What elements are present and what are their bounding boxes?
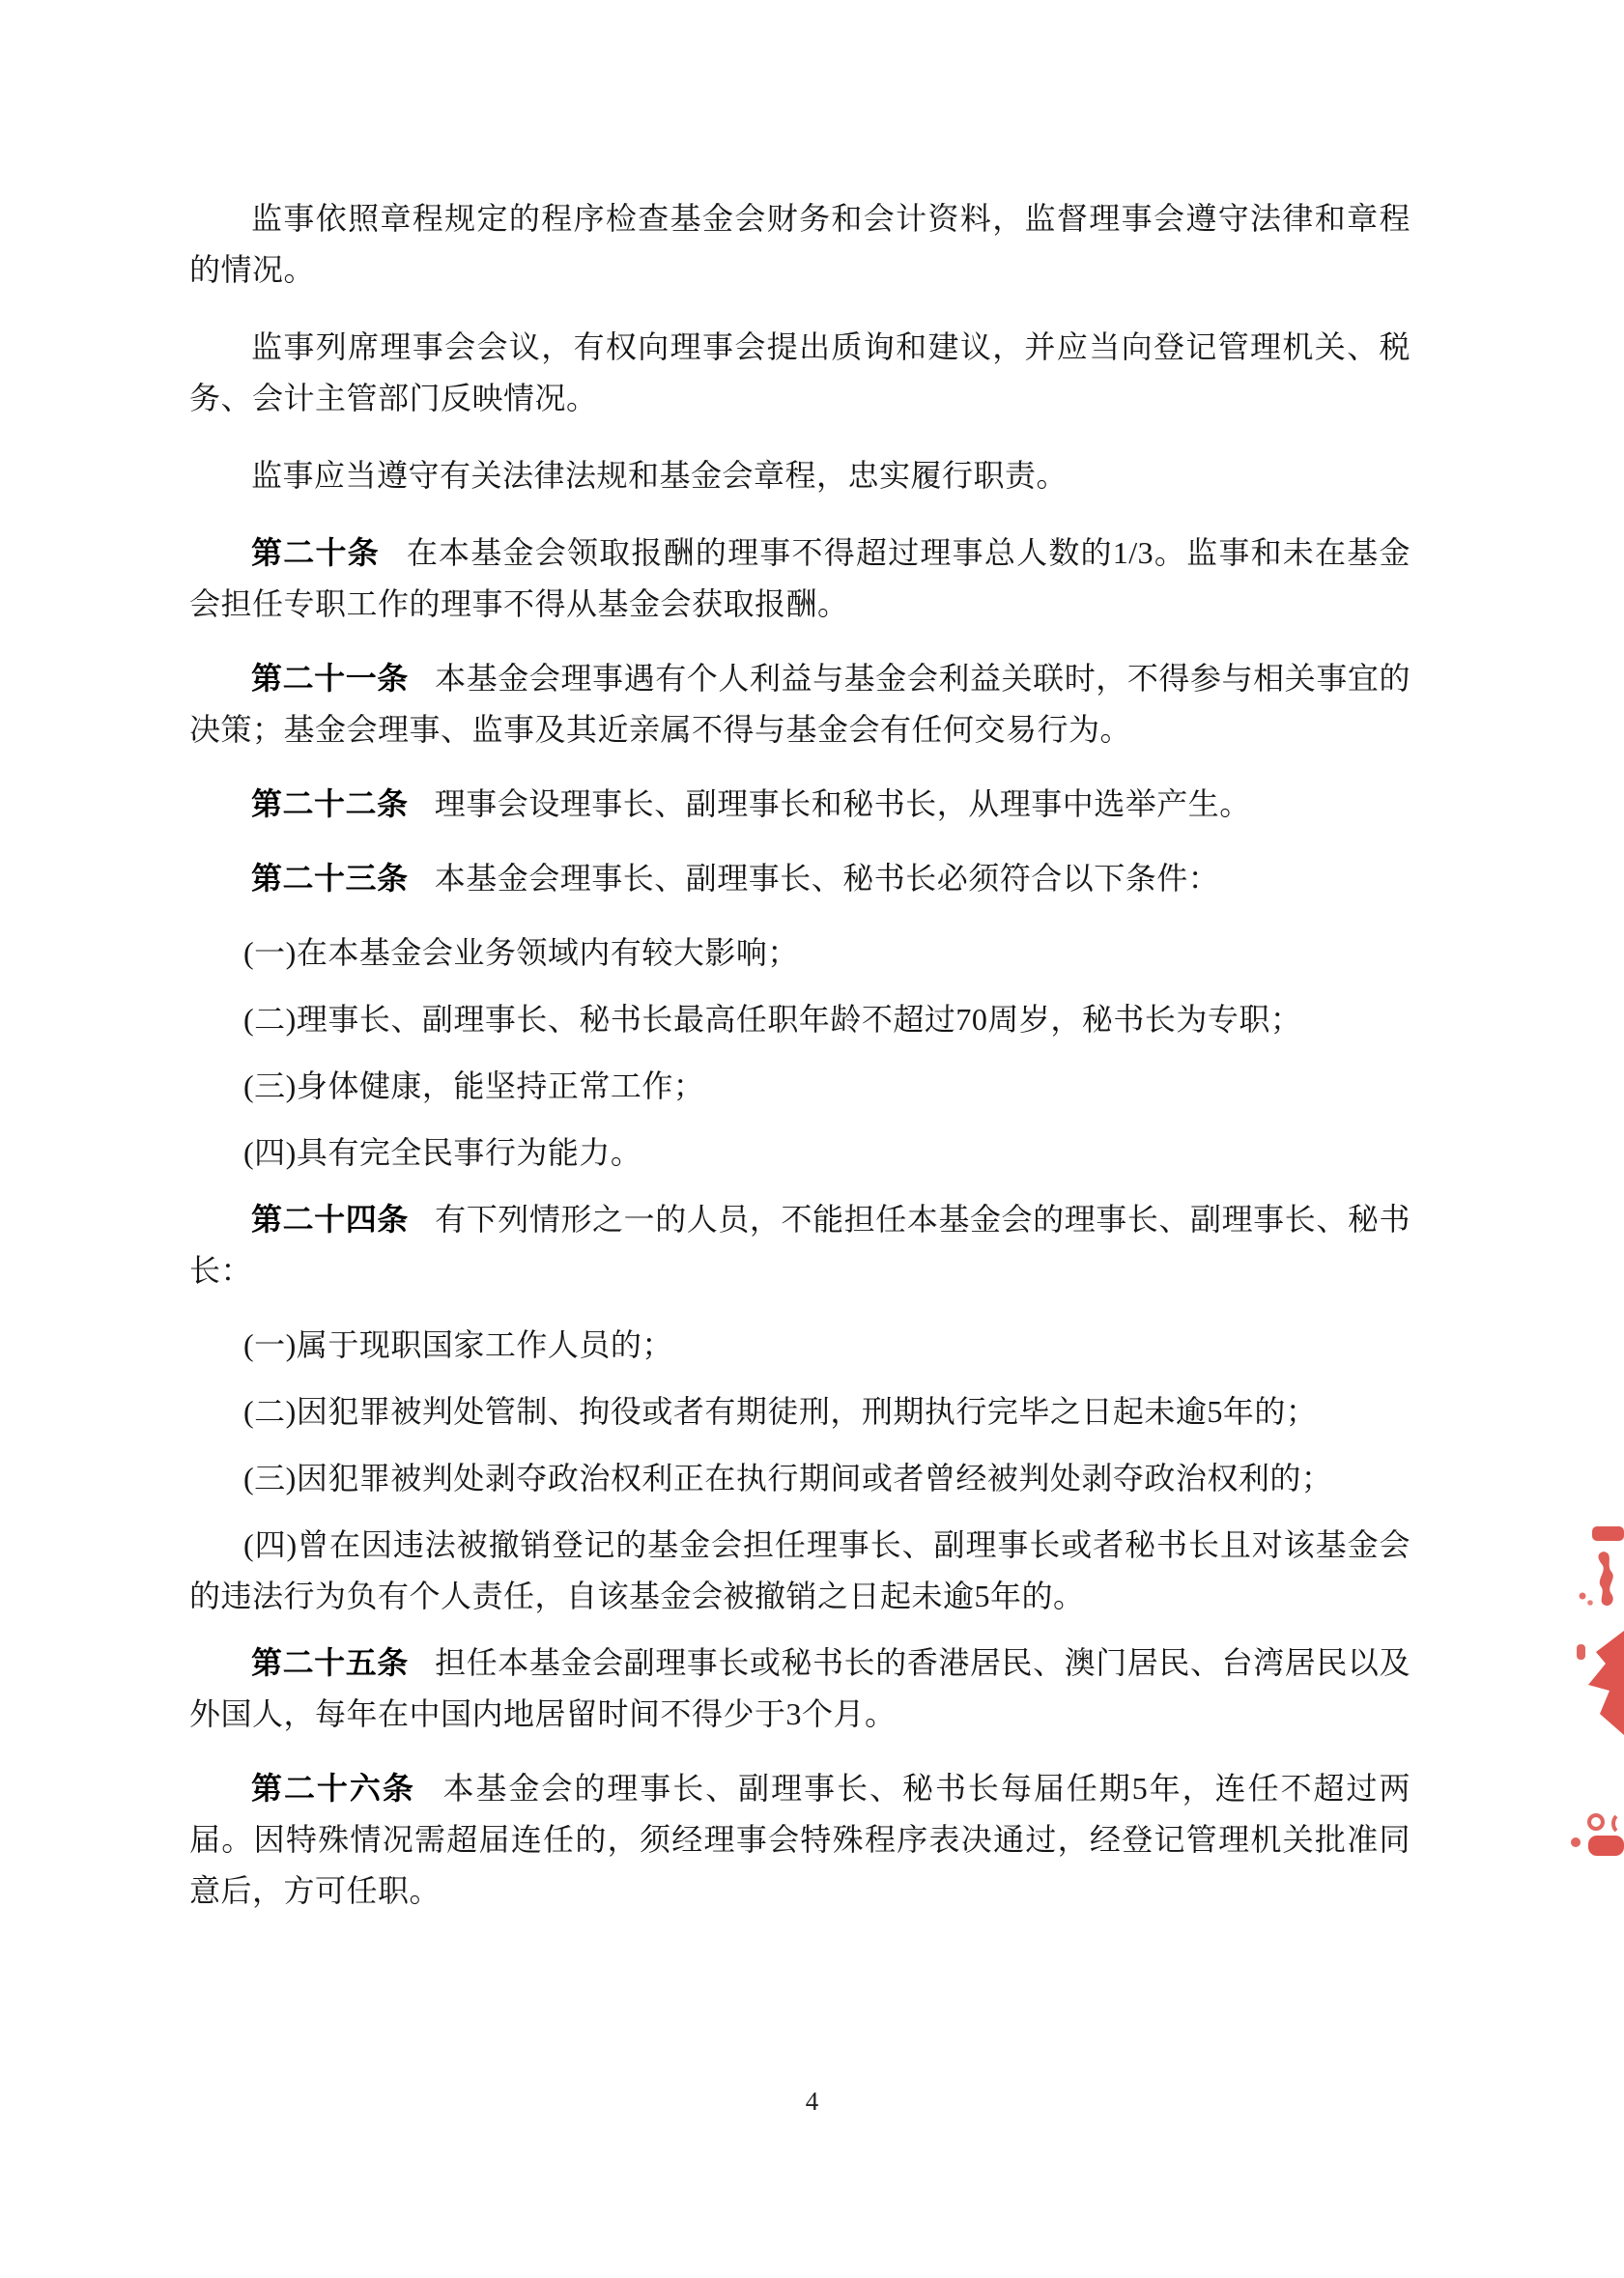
paragraph-text: (一)在本基金会业务领域内有较大影响； <box>243 935 799 970</box>
paragraph-text: (四)具有完全民事行为能力。 <box>243 1135 641 1170</box>
list-item-paragraph: (二)因犯罪被判处管制、拘役或者有期徒刑，刑期执行完毕之日起未逾5年的； <box>189 1386 1410 1438</box>
paragraph-text: (四)曾在因违法被撤销登记的基金会担任理事长、副理事长或者秘书长且对该基金会的违… <box>189 1527 1410 1613</box>
article-number: 第二十三条 <box>251 861 409 896</box>
body-paragraph: 监事列席理事会会议，有权向理事会提出质询和建议，并应当向登记管理机关、税务、会计… <box>189 322 1410 424</box>
red-seal-stamp-fragment <box>1544 1507 1624 1874</box>
article-paragraph: 第二十三条本基金会理事长、副理事长、秘书长必须符合以下条件： <box>189 853 1410 904</box>
paragraph-text: 理事会设理事长、副理事长和秘书长，从理事中选举产生。 <box>435 786 1251 821</box>
paragraph-text: 监事列席理事会会议，有权向理事会提出质询和建议，并应当向登记管理机关、税务、会计… <box>189 329 1410 415</box>
list-item-paragraph: (一)在本基金会业务领域内有较大影响； <box>189 927 1410 979</box>
paragraph-text: (三)因犯罪被判处剥夺政治权利正在执行期间或者曾经被判处剥夺政治权利的； <box>243 1461 1332 1495</box>
list-item-paragraph: (三)因犯罪被判处剥夺政治权利正在执行期间或者曾经被判处剥夺政治权利的； <box>189 1453 1410 1504</box>
paragraph-text: (三)身体健康，能坚持正常工作； <box>243 1068 704 1103</box>
article-paragraph: 第二十四条有下列情形之一的人员，不能担任本基金会的理事长、副理事长、秘书长： <box>189 1194 1410 1296</box>
article-paragraph: 第二十五条担任本基金会副理事长或秘书长的香港居民、澳门居民、台湾居民以及外国人，… <box>189 1637 1410 1740</box>
article-number: 第二十一条 <box>251 661 409 696</box>
article-paragraph: 第二十六条本基金会的理事长、副理事长、秘书长每届任期5年，连任不超过两届。因特殊… <box>189 1763 1410 1917</box>
article-paragraph: 第二十条在本基金会领取报酬的理事不得超过理事总人数的1/3。监事和未在基金会担任… <box>189 527 1410 630</box>
article-number: 第二十五条 <box>251 1645 409 1680</box>
paragraph-text: (一)属于现职国家工作人员的； <box>243 1327 673 1362</box>
list-item-paragraph: (一)属于现职国家工作人员的； <box>189 1320 1410 1371</box>
list-item-paragraph: (二)理事长、副理事长、秘书长最高任职年龄不超过70周岁，秘书长为专职； <box>189 994 1410 1045</box>
article-paragraph: 第二十二条理事会设理事长、副理事长和秘书长，从理事中选举产生。 <box>189 779 1410 830</box>
paragraph-text: (二)因犯罪被判处管制、拘役或者有期徒刑，刑期执行完毕之日起未逾5年的； <box>243 1394 1317 1429</box>
list-item-paragraph: (三)身体健康，能坚持正常工作； <box>189 1061 1410 1112</box>
article-number: 第二十四条 <box>251 1202 409 1237</box>
body-paragraph: 监事应当遵守有关法律法规和基金会章程，忠实履行职责。 <box>189 450 1410 501</box>
paragraph-text: 本基金会理事长、副理事长、秘书长必须符合以下条件： <box>435 861 1220 896</box>
article-number: 第二十六条 <box>251 1771 415 1806</box>
paragraph-text: 监事应当遵守有关法律法规和基金会章程，忠实履行职责。 <box>251 458 1068 493</box>
article-number: 第二十二条 <box>251 786 409 821</box>
document-page: 监事依照章程规定的程序检查基金会财务和会计资料，监督理事会遵守法律和章程的情况。… <box>0 0 1624 2278</box>
paragraph-text: 监事依照章程规定的程序检查基金会财务和会计资料，监督理事会遵守法律和章程的情况。 <box>189 201 1410 287</box>
list-item-paragraph: (四)具有完全民事行为能力。 <box>189 1127 1410 1179</box>
list-item-paragraph: (四)曾在因违法被撤销登记的基金会担任理事长、副理事长或者秘书长且对该基金会的违… <box>189 1520 1410 1622</box>
article-paragraph: 第二十一条本基金会理事遇有个人利益与基金会利益关联时，不得参与相关事宜的决策；基… <box>189 653 1410 755</box>
document-body: 监事依照章程规定的程序检查基金会财务和会计资料，监督理事会遵守法律和章程的情况。… <box>189 193 1410 1940</box>
article-number: 第二十条 <box>251 535 380 570</box>
paragraph-text: (二)理事长、副理事长、秘书长最高任职年龄不超过70周岁，秘书长为专职； <box>243 1002 1301 1037</box>
page-number: 4 <box>0 2087 1624 2117</box>
body-paragraph: 监事依照章程规定的程序检查基金会财务和会计资料，监督理事会遵守法律和章程的情况。 <box>189 193 1410 296</box>
